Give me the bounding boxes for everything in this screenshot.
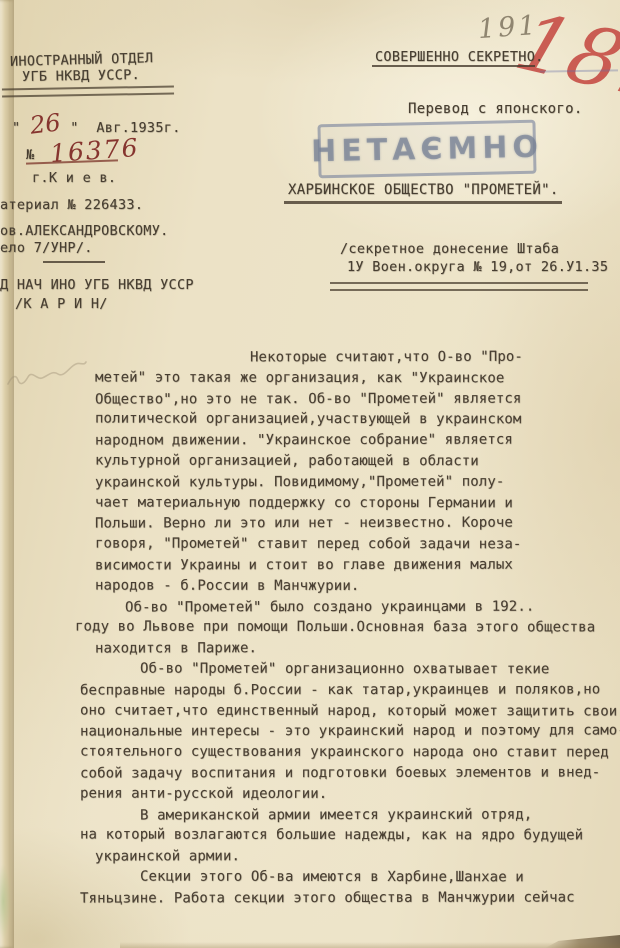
dept-underline: [2, 85, 174, 97]
body-line: на который возлагаются большие надежды, …: [80, 825, 615, 847]
body-line: Секции этого Об-ва имеются в Харбине,Шан…: [140, 867, 615, 889]
source-reference-line1: /секретное донесение Штаба: [340, 241, 559, 257]
left-edge-green-tint: [0, 855, 16, 948]
torn-left-edge: [0, 0, 14, 948]
body-line: стоятельного существования украинского н…: [80, 742, 615, 764]
body-line: Некоторые считают,что О-во "Про-: [250, 347, 615, 369]
title-underline: [284, 201, 562, 204]
body-line: украинской культуры. Повидимому,"Промете…: [95, 471, 615, 493]
body-line: рения анти-русской идеологии.: [80, 783, 615, 805]
translation-note: Перевод с японского.: [408, 101, 583, 117]
chief-title-line: Д НАЧ ИНО УГБ НКВД УССР: [0, 277, 194, 293]
body-line: Общество",но это не так. Об-во "Прометей…: [95, 388, 615, 410]
case-reference: ело 7/УНР/.: [0, 240, 93, 256]
top-secret-label: СОВЕРШЕННО СЕКРЕТНО.: [375, 49, 544, 65]
body-line: говоря, "Прометей" ставит перед собой за…: [95, 534, 615, 556]
chief-name: /К А Р И Н/: [15, 296, 108, 312]
city-line: г.К и е в.: [32, 170, 116, 186]
date-open-quote: ": [12, 120, 20, 136]
body-line: оно считает,что единственный народ, кото…: [80, 700, 615, 722]
source-underline: [330, 282, 588, 291]
addressee-line: ов.АЛЕКСАНДРОВСКОМУ.: [0, 223, 169, 239]
dept-name-line2: УГБ НКВД УССР.: [22, 67, 140, 85]
case-underline: [43, 261, 105, 263]
netaemno-declassification-stamp: НЕТАЄМНО: [317, 120, 536, 179]
document-title: ХАРБИНСКОЕ ОБЩЕСТВО "ПРОМЕТЕЙ".: [288, 182, 559, 198]
bottom-shadow: [120, 942, 620, 948]
body-line: народов - б.России в Манчжурии.: [95, 575, 615, 597]
body-line: году во Львове при помощи Польши.Основна…: [75, 617, 615, 639]
body-line: национальные интересы - это украинский н…: [80, 721, 615, 743]
body-line: метей" это такая же организация, как "Ук…: [95, 367, 615, 389]
body-line: Об-во "Прометей" организационно охватыва…: [140, 659, 615, 681]
top-secret-underline: [372, 65, 535, 67]
body-line: Польши. Верно ли это или нет - неизвестн…: [95, 513, 615, 535]
body-line: украинской армии.: [95, 846, 615, 868]
body-line: чает материальную поддержку со стороны Г…: [95, 492, 615, 514]
number-line: № 16376: [26, 138, 140, 163]
handwritten-day: 26: [29, 110, 62, 138]
source-reference-line2: 1У Воен.округа № 19,от 26.У1.35: [347, 259, 608, 275]
body-line: В американской армии имеется украинский …: [140, 804, 615, 826]
body-line: Тяньцзине. Работа секции этого общества …: [80, 887, 615, 909]
body-text: Некоторые считают,что О-во "Про- метей" …: [75, 347, 615, 909]
body-line: Об-во "Прометей" было создано украинцами…: [125, 596, 615, 618]
body-line: культурной организацией, работающей в об…: [95, 451, 615, 473]
date-close-quote: ": [70, 120, 78, 136]
date-line: " 26 " Авг.1935г.: [12, 112, 181, 136]
stamp-text: НЕТАЄМНО: [311, 129, 543, 169]
material-number: атериал № 226433.: [0, 197, 143, 213]
body-line: политической организацией,участвующей в …: [95, 409, 615, 431]
body-line: находится в Париже.: [95, 638, 615, 660]
body-line: бесправные народы б.России - как татар,у…: [80, 679, 615, 701]
body-line: народном движении. "Украинское собрание"…: [95, 430, 615, 452]
number-sign: №: [26, 147, 34, 163]
body-line: собой задачу воспитания и подготовки бое…: [80, 762, 615, 784]
document-page: ИНОСТРАННЫЙ ОТДЕЛ УГБ НКВД УССР. " 26 " …: [0, 0, 620, 948]
body-line: висимости Украины и стоит во главе движе…: [95, 554, 615, 576]
